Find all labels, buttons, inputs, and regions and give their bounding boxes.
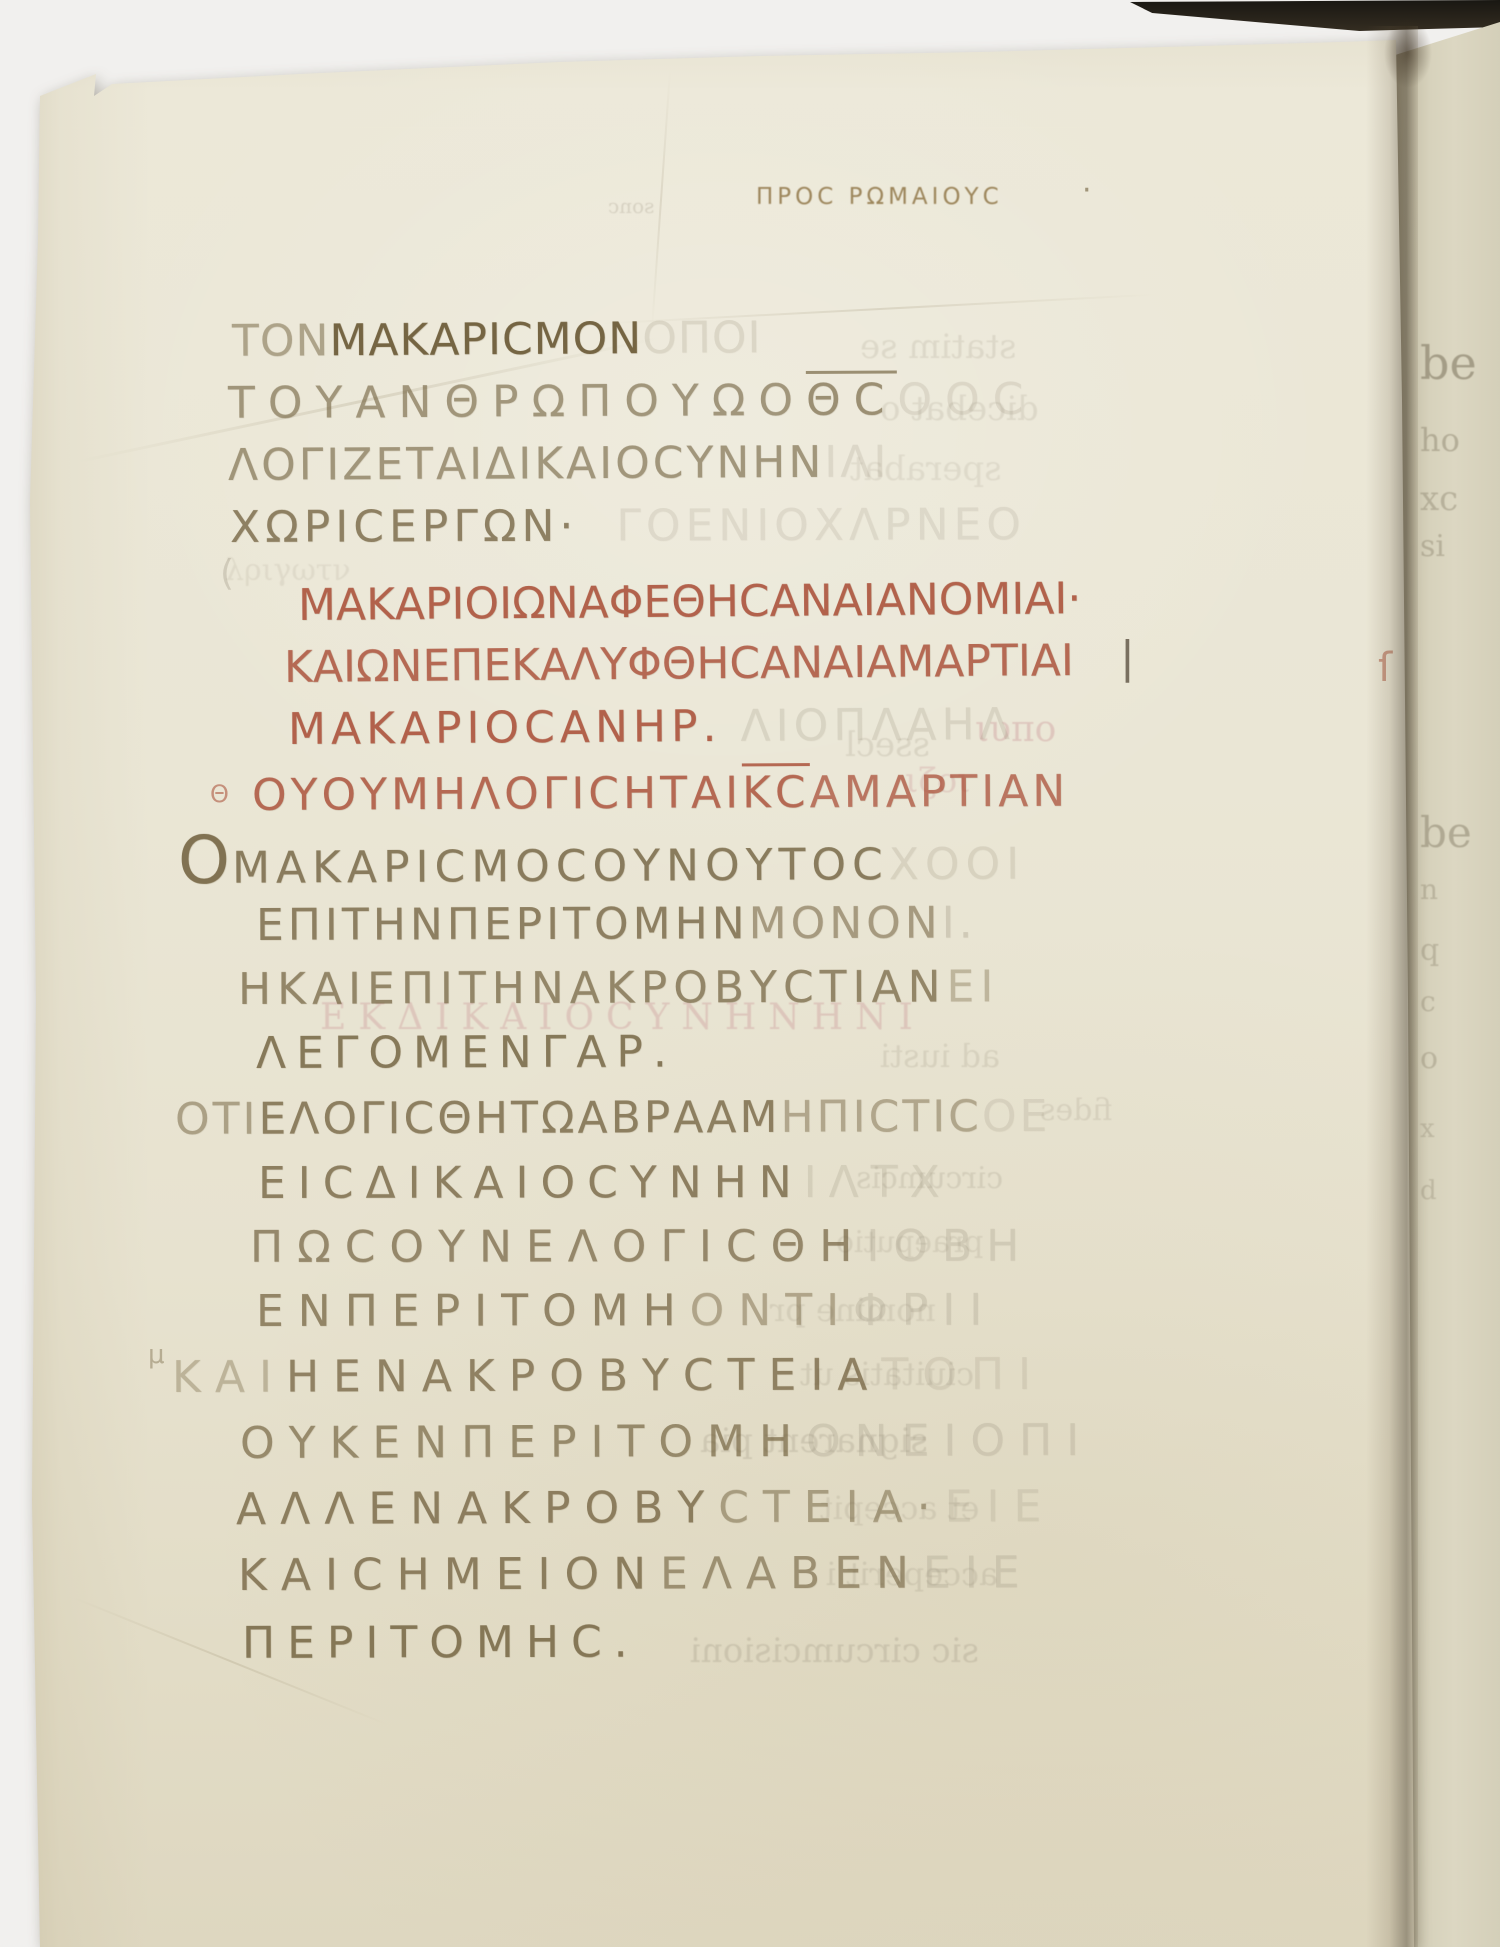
manuscript-photo: { "photo": { "background_color": "#f1f0e…: [0, 0, 1500, 1947]
marginal-marks-layer: Θ|ſ(μ·: [0, 0, 1500, 1947]
manuscript-page: ΠΡΟC ΡΩΜΑΙΟΥC soncstatim sedicebat osper…: [0, 0, 1500, 1947]
marginal-mark: |: [1120, 636, 1135, 680]
gutter-shadow: [1366, 26, 1418, 1947]
gutter-shadow-blob: [1384, 18, 1432, 88]
marginal-mark: μ: [148, 1342, 165, 1368]
marginal-mark: (: [220, 556, 234, 592]
marginal-mark: Θ: [210, 782, 229, 806]
marginal-mark: ·: [1082, 176, 1092, 206]
manuscript-page-wrap: ΠΡΟC ΡΩΜΑΙΟΥC soncstatim sedicebat osper…: [0, 0, 1500, 1947]
